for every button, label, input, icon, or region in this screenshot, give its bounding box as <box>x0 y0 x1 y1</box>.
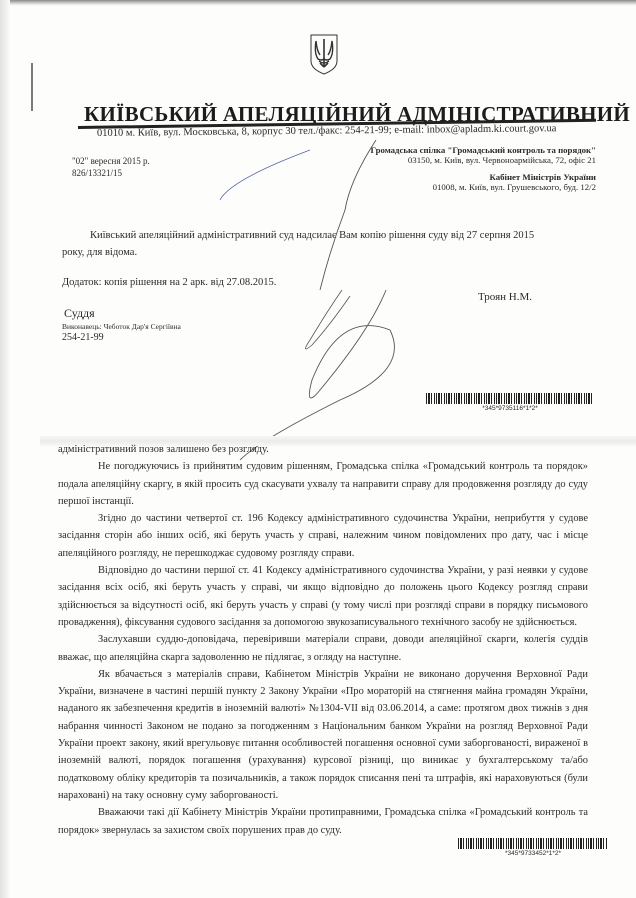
decision-paragraph: Відповідно до частини першої ст. 41 Коде… <box>58 562 588 631</box>
recipient-address: 03150, м. Київ, вул. Червоноармійська, 7… <box>371 155 596 165</box>
signer-name: Троян Н.М. <box>478 291 532 303</box>
recipient-name: Громадська спілка "Громадський контроль … <box>371 145 596 155</box>
attachment-note: Додаток: копія рішення на 2 арк. від 27.… <box>62 277 276 288</box>
barcode-number: *345*9733452*1*2* <box>458 850 608 857</box>
barcode: *345*9735116*1*2* <box>426 393 594 412</box>
barcode-number: *345*9735116*1*2* <box>426 405 594 412</box>
recipient-address: 01008, м. Київ, вул. Грушевського, буд. … <box>433 182 596 192</box>
outgoing-date: "02" вересня 2015 р. <box>72 156 150 166</box>
cover-letter-line: Київський апеляційний адміністративний с… <box>62 227 582 244</box>
decision-paragraph: Як вбачається з матеріалів справи, Кабін… <box>58 666 588 804</box>
barcode-bars <box>458 838 608 849</box>
decision-paragraph: адміністративний позов залишено без розг… <box>58 441 588 458</box>
decision-paragraph: Згідно до частини четвертої ст. 196 Коде… <box>58 510 588 562</box>
cover-letter-text: Київський апеляційний адміністративний с… <box>62 227 582 261</box>
executor: Виконавець: Чеботок Дар'я Сергіївна <box>62 322 181 331</box>
executor-phone: 254-21-99 <box>62 332 104 343</box>
scan-left-shadow <box>0 0 10 898</box>
margin-mark <box>31 63 33 111</box>
coat-of-arms-icon <box>309 33 339 75</box>
signer-title: Суддя <box>64 306 95 321</box>
barcode-bars <box>426 393 594 404</box>
recipient-cabinet: Кабінет Міністрів України 01008, м. Київ… <box>433 172 596 192</box>
decision-paragraph: Заслухавши суддю-доповідача, перевіривши… <box>58 631 588 666</box>
court-decision-excerpt: адміністративний позов залишено без розг… <box>58 441 588 839</box>
handwritten-signature-icon <box>200 140 400 460</box>
recipient-civic-union: Громадська спілка "Громадський контроль … <box>371 145 596 165</box>
barcode: *345*9733452*1*2* <box>458 838 608 857</box>
scan-top-edge <box>0 0 636 6</box>
case-number: 826/13321/15 <box>72 168 122 178</box>
cover-letter-line: року, для відома. <box>62 244 582 261</box>
recipient-name: Кабінет Міністрів України <box>433 172 596 182</box>
decision-paragraph: Вважаючи такі дії Кабінету Міністрів Укр… <box>58 804 588 839</box>
decision-paragraph: Не погоджуючись із прийнятим судовим ріш… <box>58 458 588 510</box>
